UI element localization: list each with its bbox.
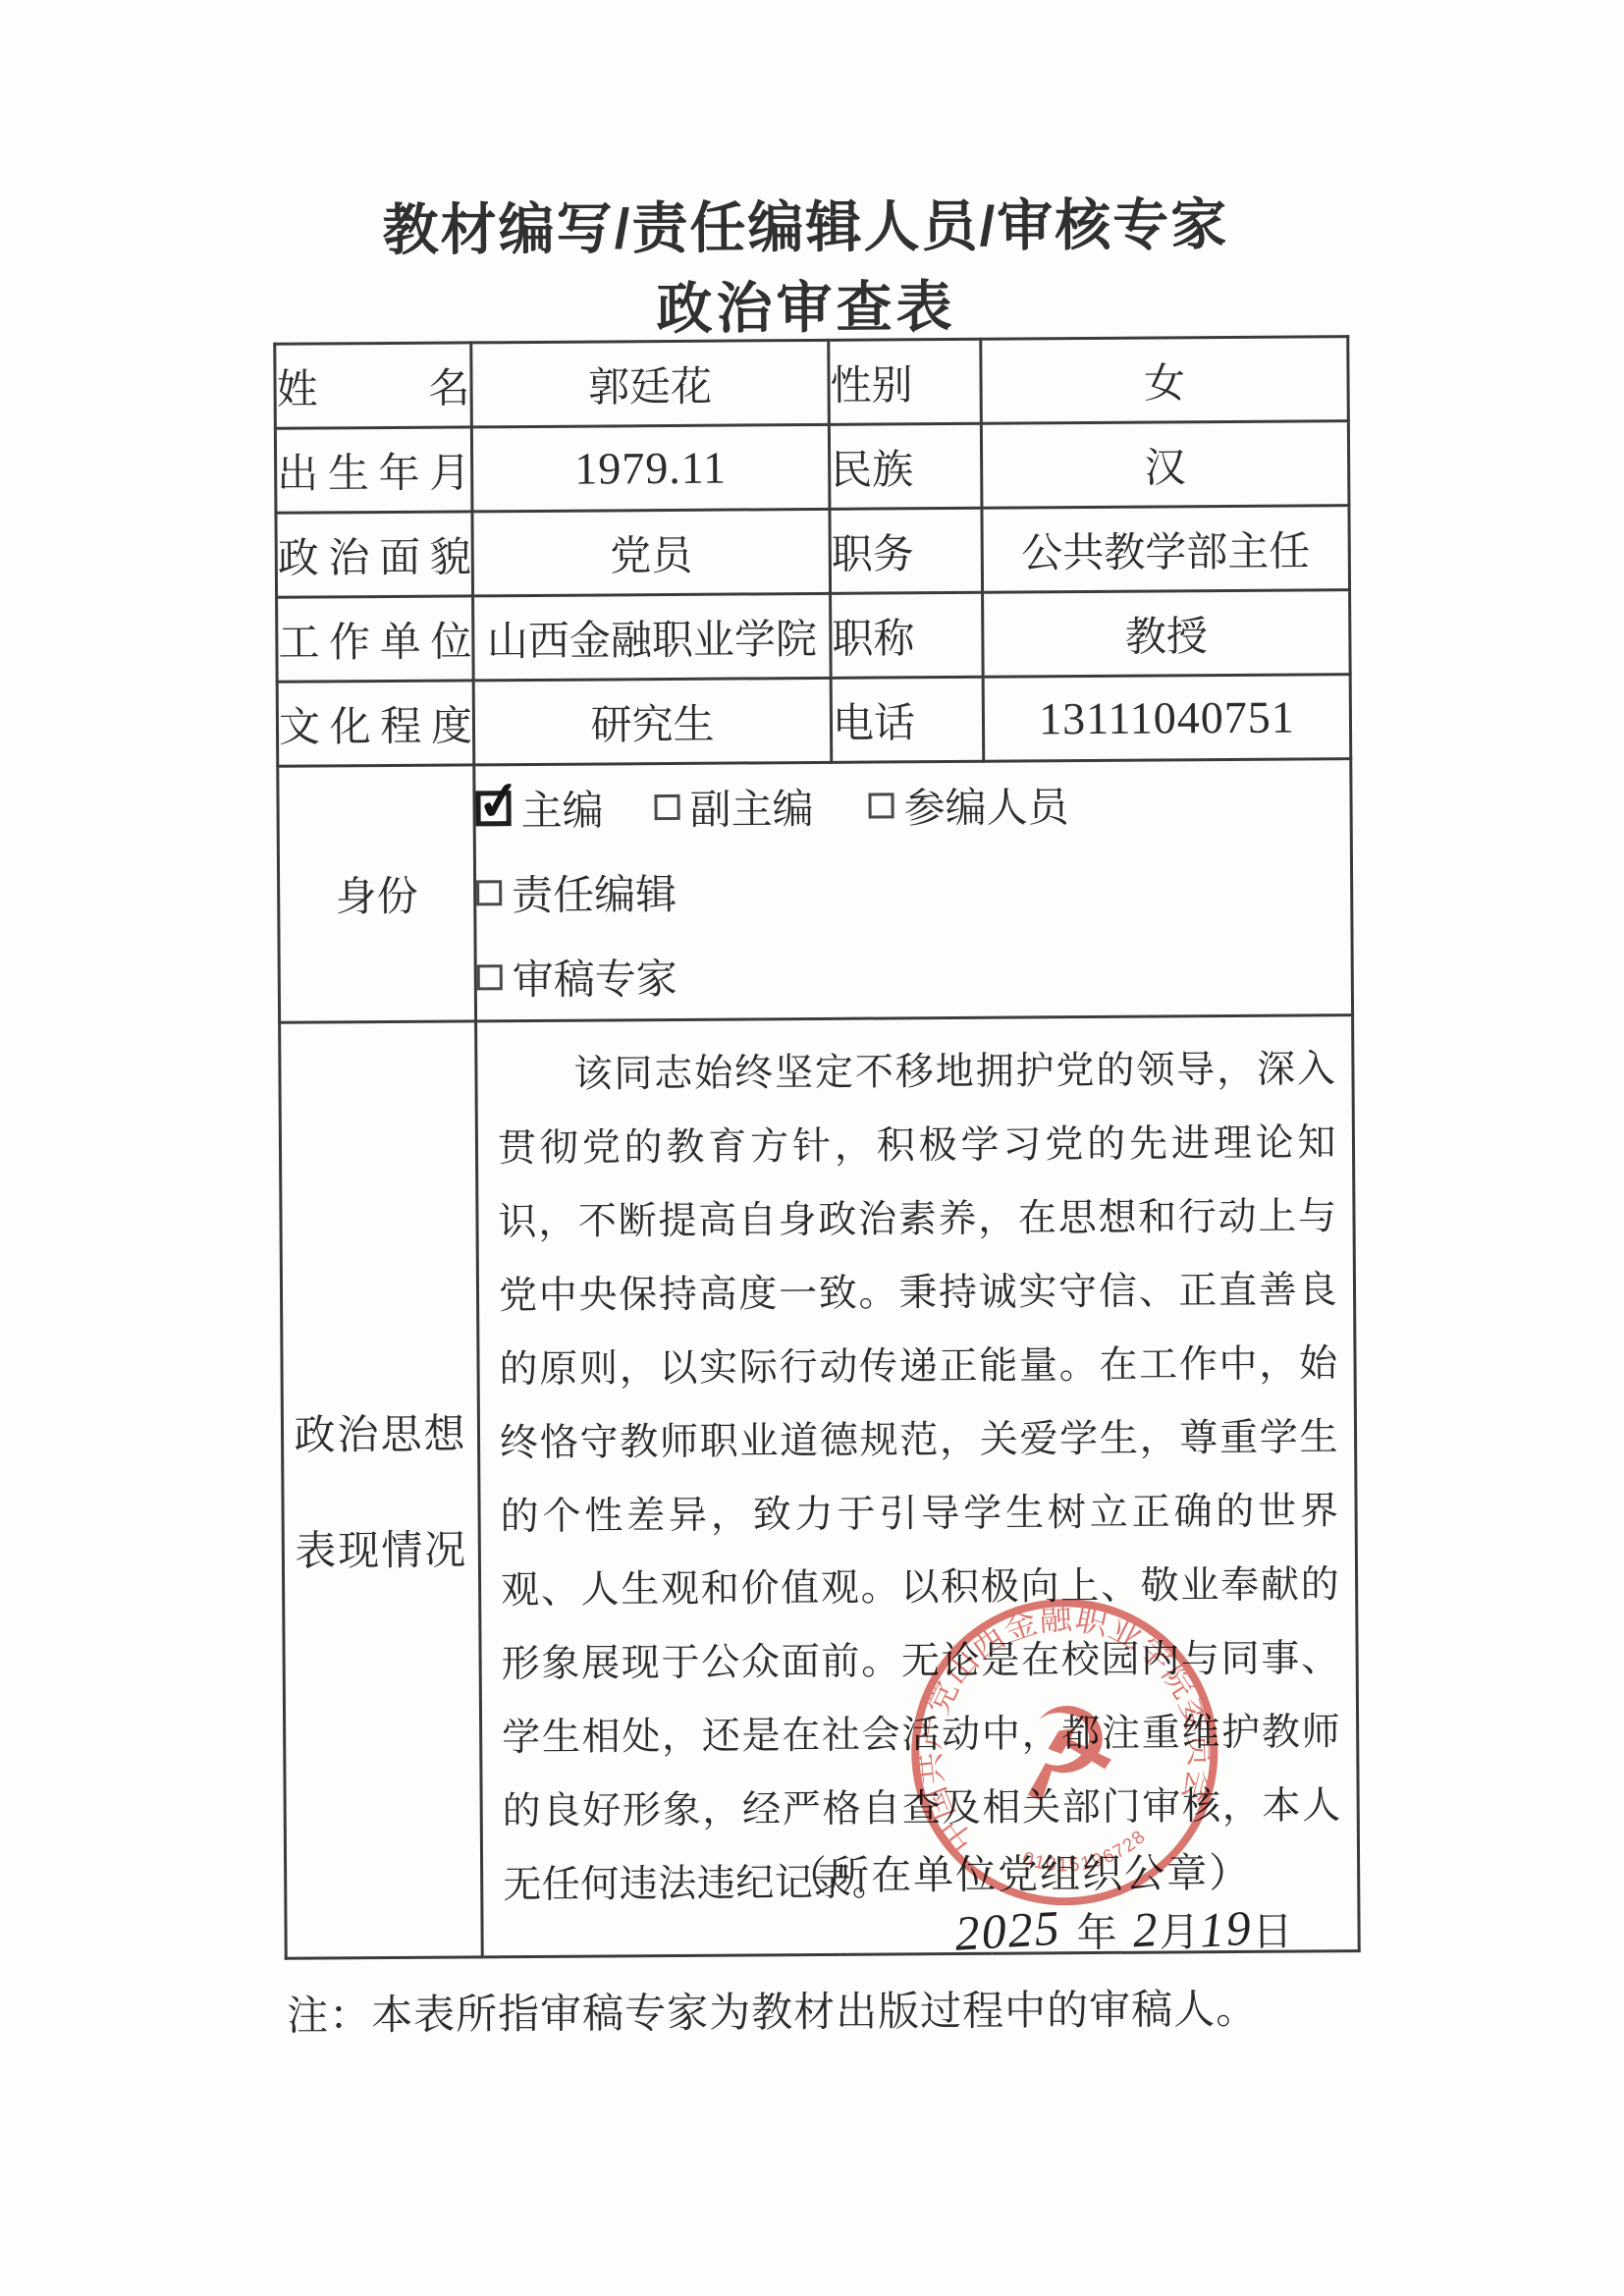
- table-row: 姓 名 郭廷花 性别 女: [275, 337, 1349, 429]
- birthdate-value: 1979.11: [471, 424, 830, 512]
- checkbox-chief-editor-checked: ✓: [475, 791, 511, 826]
- work-unit-label: 工作单位: [277, 596, 474, 682]
- scanned-form-page: 教材编写/责任编辑人员/审核专家 政治审查表 姓 名 郭廷花 性别 女 出生年月…: [0, 0, 1624, 2296]
- political-thought-label-line1: 政治思想: [284, 1401, 477, 1461]
- review-form-table: 姓 名 郭廷花 性别 女 出生年月 1979.11 民族 汉 政治面貌 党员 职…: [273, 335, 1360, 1960]
- work-unit-value: 山西金融职业学院: [473, 593, 832, 681]
- checkbox-deputy-editor: [654, 794, 679, 820]
- ethnicity-value: 汉: [981, 421, 1349, 509]
- table-row: 政治面貌 党员 职务 公共教学部主任: [276, 506, 1350, 598]
- title-label: 职称: [831, 592, 984, 678]
- checkbox-review-expert: [477, 964, 503, 990]
- political-thought-cell: 该同志始终坚定不移地拥护党的领导，深入贯彻党的教育方针，积极学习党的先进理论知识…: [476, 1015, 1360, 1957]
- political-status-value: 党员: [472, 509, 831, 596]
- option-chief-editor-label: 主编: [520, 778, 603, 838]
- identity-line-3: 审稿专家: [476, 929, 1351, 1019]
- ethnicity-label: 民族: [829, 423, 982, 509]
- birthdate-label: 出生年月: [275, 427, 472, 513]
- footnote: 注：本表所指审稿专家为教材出版过程中的审稿人。: [287, 1975, 1465, 2042]
- phone-label: 电话: [831, 677, 984, 762]
- political-thought-paragraph: 该同志始终坚定不移地拥护党的领导，深入贯彻党的教育方针，积极学习党的先进理论知识…: [497, 1032, 1341, 1922]
- position-label: 职务: [830, 508, 983, 593]
- table-row: 出生年月 1979.11 民族 汉: [275, 421, 1349, 514]
- checkbox-contributor: [869, 793, 894, 818]
- seal-caption: （所在单位党组织公章）: [786, 1840, 1251, 1901]
- phone-value: 13111040751: [983, 675, 1351, 762]
- position-value: 公共教学部主任: [982, 506, 1350, 593]
- political-thought-row: 政治思想 表现情况 该同志始终坚定不移地拥护党的领导，深入贯彻党的教育方针，积极…: [280, 1015, 1360, 1959]
- gender-label: 性别: [829, 339, 982, 424]
- date-month-unit: 月: [1159, 1899, 1199, 1957]
- checkbox-responsible-editor: [476, 880, 502, 905]
- title-value: 教授: [983, 590, 1351, 678]
- page-title-line2: 政治审查表: [0, 257, 1618, 350]
- political-thought-label: 政治思想 表现情况: [280, 1021, 483, 1958]
- date-day-handwritten: 19: [1198, 1899, 1254, 1959]
- identity-line-1: ✓ 主编 副主编 参编人员: [475, 760, 1350, 850]
- date-year-handwritten: 2025: [953, 1898, 1062, 1961]
- table-row: 工作单位 山西金融职业学院 职称 教授: [277, 590, 1351, 683]
- gender-value: 女: [981, 337, 1349, 424]
- option-responsible-editor-label: 责任编辑: [512, 862, 677, 922]
- education-value: 研究生: [473, 678, 832, 765]
- page-title-line1: 教材编写/责任编辑人员/审核专家: [0, 177, 1618, 269]
- identity-line-2: 责任编辑: [476, 845, 1351, 935]
- identity-label: 身份: [278, 765, 476, 1022]
- name-value: 郭廷花: [471, 340, 830, 427]
- option-contributor-label: 参编人员: [903, 775, 1068, 835]
- identity-row: 身份 ✓ 主编 副主编 参编人员 责任编辑: [278, 759, 1353, 1023]
- option-deputy-editor-label: 副主编: [689, 777, 813, 837]
- identity-options-cell: ✓ 主编 副主编 参编人员 责任编辑 审稿专家: [474, 759, 1353, 1021]
- name-label: 姓 名: [275, 343, 472, 428]
- political-thought-label-line2: 表现情况: [285, 1517, 478, 1577]
- political-status-label: 政治面貌: [276, 512, 473, 597]
- checkmark-icon: ✓: [473, 768, 524, 835]
- date-year-unit: 年: [1076, 1900, 1116, 1958]
- date-day-unit: 日: [1252, 1899, 1292, 1957]
- table-row: 文化程度 研究生 电话 13111040751: [277, 675, 1351, 767]
- date-month-handwritten: 2: [1131, 1900, 1161, 1958]
- education-label: 文化程度: [277, 681, 474, 766]
- option-review-expert-label: 审稿专家: [513, 947, 677, 1007]
- date-line: 2025 年 2 月 19 日: [954, 1899, 1292, 1959]
